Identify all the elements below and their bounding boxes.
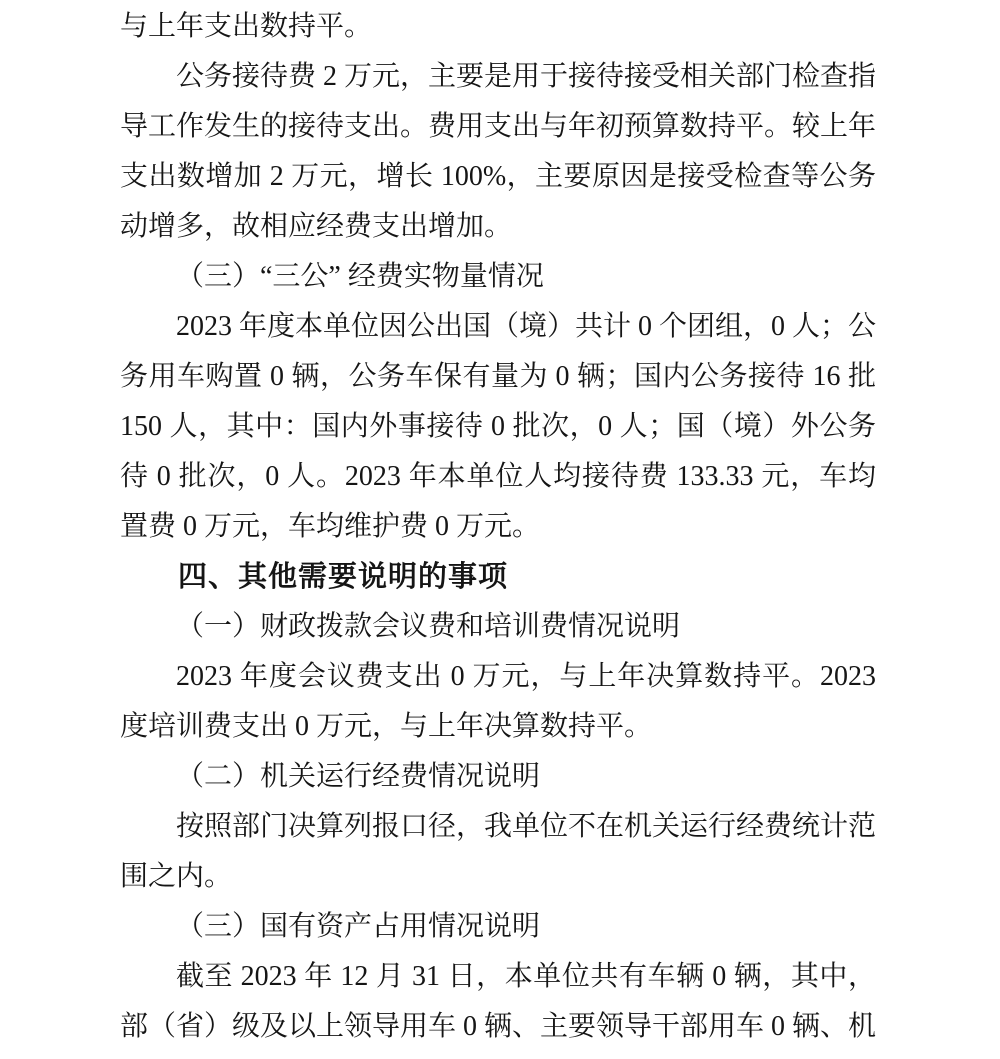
subsection-heading: （一）财政拨款会议费和培训费情况说明: [120, 602, 876, 652]
section-heading: 四、其他需要说明的事项: [120, 552, 876, 602]
paragraph-line: 2023 年度会议费支出 0 万元，与上年决算数持平。2023 年: [120, 652, 876, 702]
paragraph-line: 按照部门决算列报口径，我单位不在机关运行经费统计范: [120, 802, 876, 852]
paragraph-line: 部（省）级及以上领导用车 0 辆、主要领导干部用车 0 辆、机: [120, 1002, 876, 1052]
paragraph-line: 支出数增加 2 万元，增长 100%，主要原因是接受检查等公务活: [120, 152, 876, 202]
paragraph-line: 围之内。: [120, 852, 876, 902]
paragraph-line: 150 人，其中：国内外事接待 0 批次，0 人；国（境）外公务接: [120, 402, 876, 452]
paragraph-line: 务用车购置 0 辆，公务车保有量为 0 辆；国内公务接待 16 批次: [120, 352, 876, 402]
paragraph-line: 动增多，故相应经费支出增加。: [120, 202, 876, 252]
subsection-heading: （二）机关运行经费情况说明: [120, 752, 876, 802]
subsection-heading: （三）国有资产占用情况说明: [120, 902, 876, 952]
paragraph-line: 截至 2023 年 12 月 31 日，本单位共有车辆 0 辆，其中，副: [120, 952, 876, 1002]
paragraph-line: 公务接待费 2 万元，主要是用于接待接受相关部门检查指: [120, 52, 876, 102]
paragraph-line: 待 0 批次，0 人。2023 年本单位人均接待费 133.33 元，车均购: [120, 452, 876, 502]
paragraph-line: 导工作发生的接待支出。费用支出与年初预算数持平。较上年: [120, 102, 876, 152]
paragraph-line: 2023 年度本单位因公出国（境）共计 0 个团组，0 人；公: [120, 302, 876, 352]
paragraph-line: 置费 0 万元，车均维护费 0 万元。: [120, 502, 876, 552]
document-page: 与上年支出数持平。 公务接待费 2 万元，主要是用于接待接受相关部门检查指 导工…: [0, 0, 1000, 1059]
paragraph-line: 与上年支出数持平。: [120, 2, 876, 52]
paragraph-line: 度培训费支出 0 万元，与上年决算数持平。: [120, 702, 876, 752]
subsection-heading: （三）“三公” 经费实物量情况: [120, 252, 876, 302]
